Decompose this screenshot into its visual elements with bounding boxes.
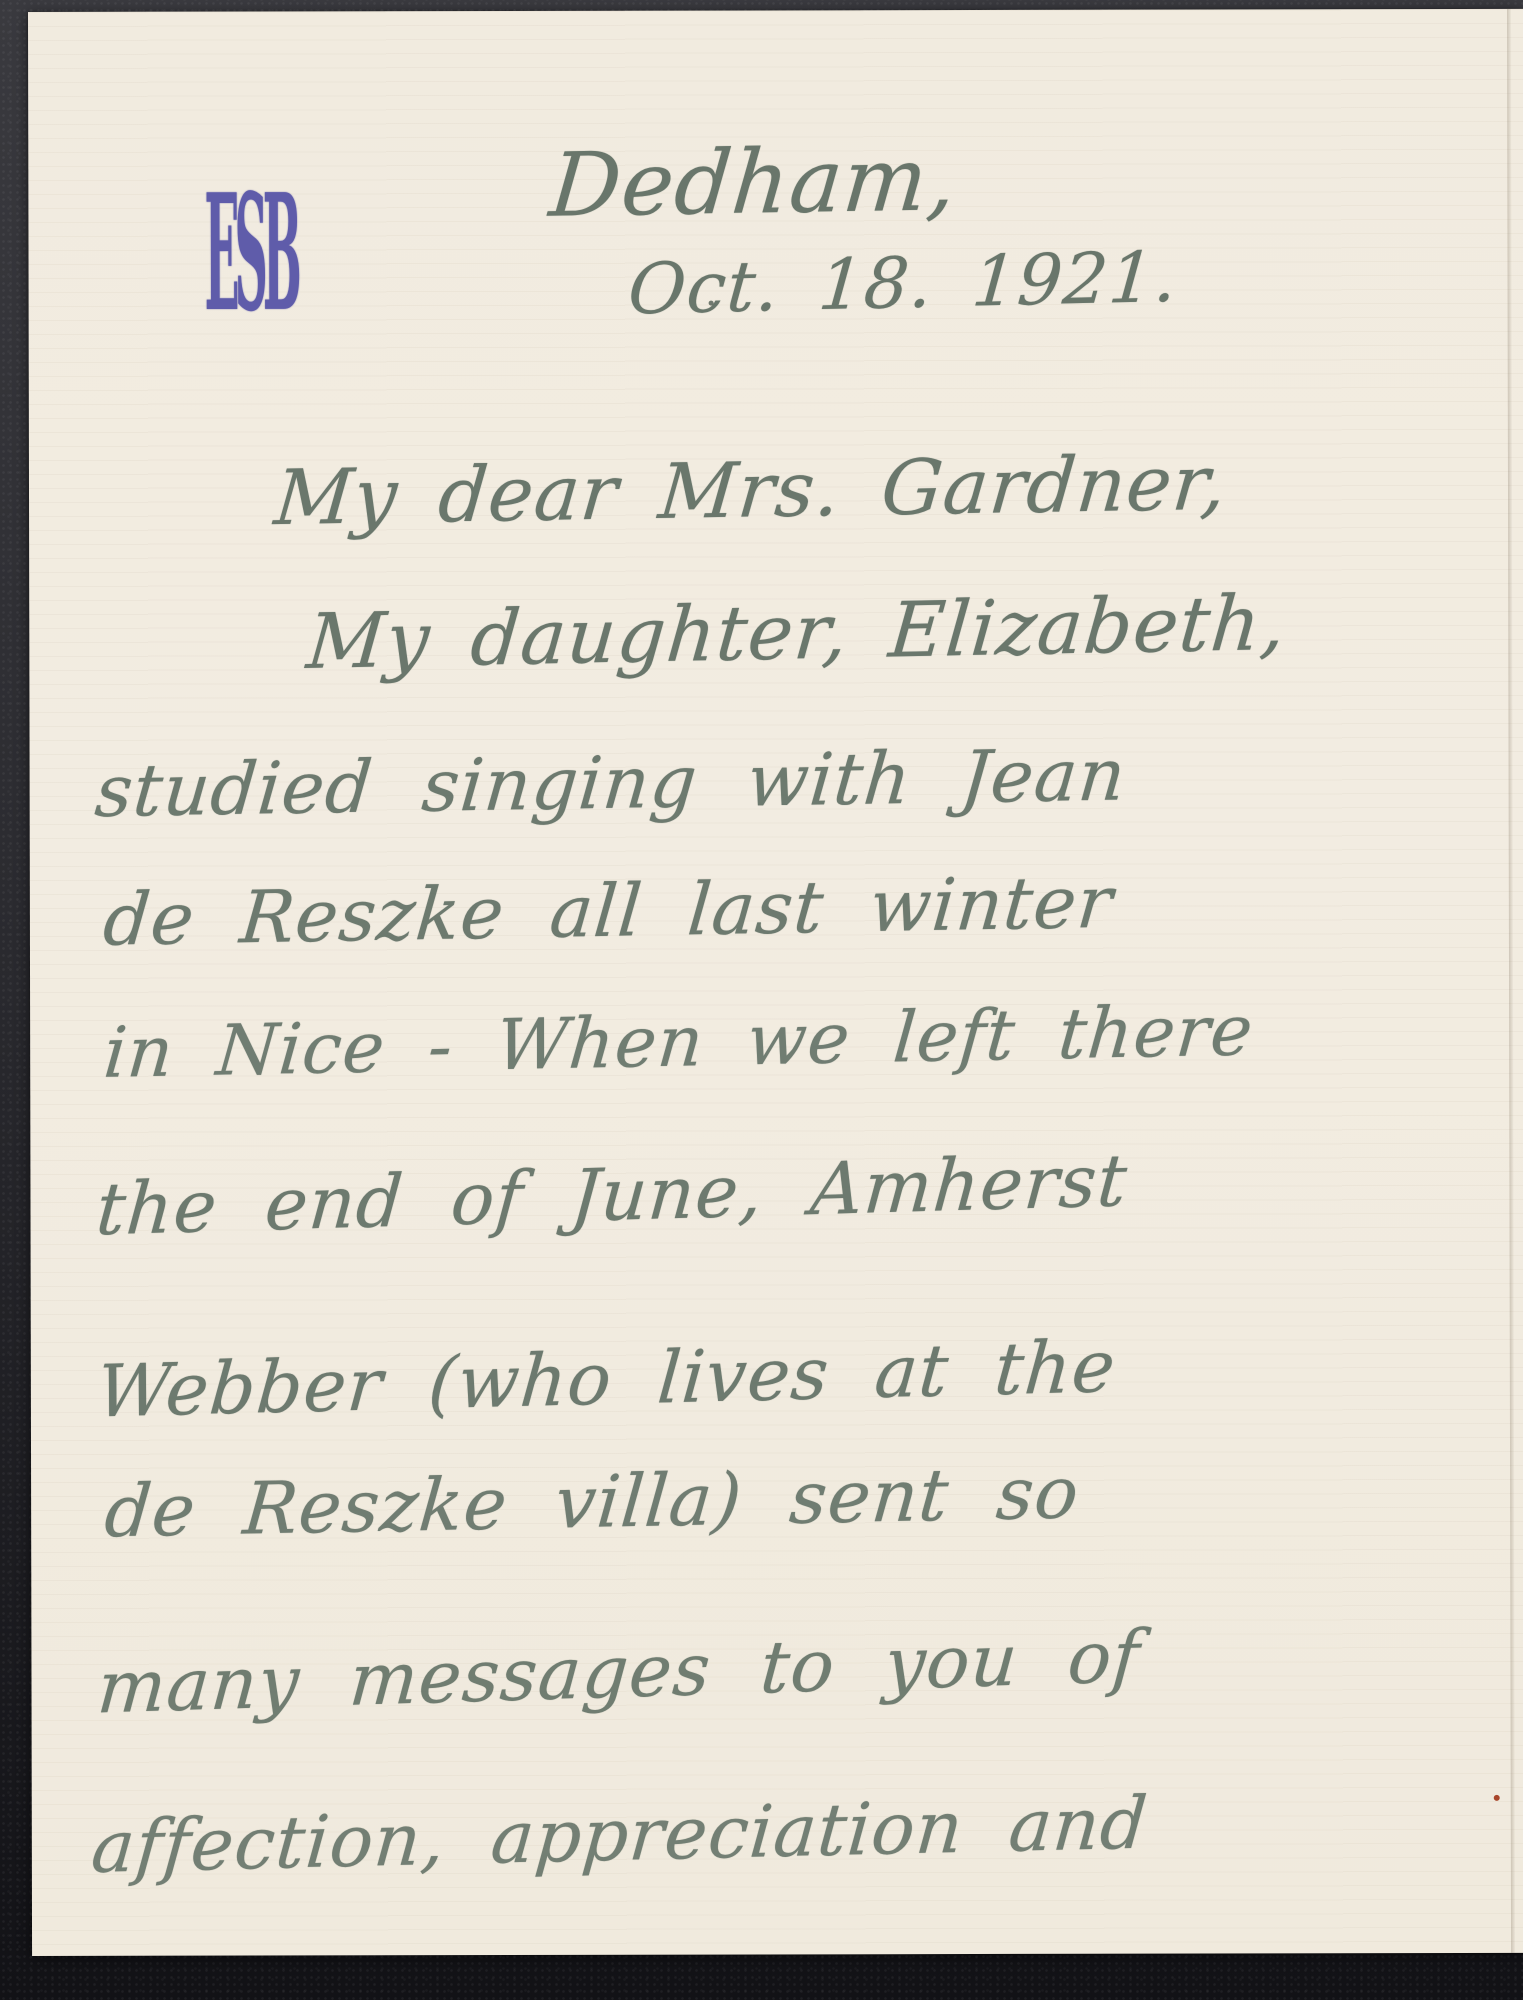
letter-body-line: studied singing with Jean xyxy=(92,738,1129,827)
esb-monogram-stamp: ESB xyxy=(204,174,297,334)
letter-body-line: My daughter, Elizabeth, xyxy=(304,585,1289,680)
letter-body-line: many messages to you of xyxy=(95,1620,1143,1723)
letter-body-line: the end of June, Amherst xyxy=(94,1144,1130,1245)
letter-salutation: My dear Mrs. Gardner, xyxy=(272,445,1231,536)
letter-date-line: Oct. 18. 1921. xyxy=(626,242,1181,325)
scan-background: ESB Dedham, Oct. 18. 1921. My dear Mrs. … xyxy=(0,0,1523,2000)
letter-body-line: de Reszke villa) sent so xyxy=(102,1456,1082,1547)
paper-speck xyxy=(709,301,714,306)
letter-body-line: Webber (who lives at the xyxy=(94,1330,1118,1427)
letter-body-line: de Reszke all last winter xyxy=(101,866,1116,956)
letter-place-line: Dedham, xyxy=(546,135,960,230)
paper-speck xyxy=(1494,1795,1500,1801)
page-fold-edge xyxy=(1507,9,1515,1953)
letter-body-line: in Nice - When we left there xyxy=(101,995,1256,1088)
letter-paper: ESB Dedham, Oct. 18. 1921. My dear Mrs. … xyxy=(28,9,1523,1956)
letter-body-line: affection, appreciation and xyxy=(89,1787,1151,1883)
